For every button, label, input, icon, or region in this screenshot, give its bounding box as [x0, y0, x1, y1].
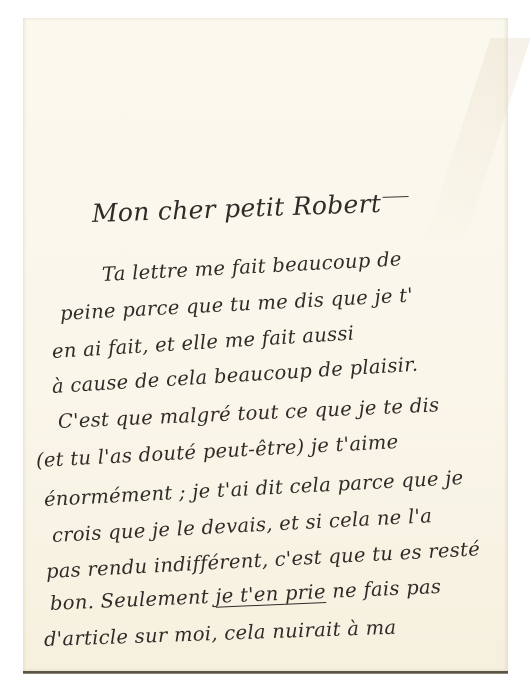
underlined-phrase: je t'en prie	[215, 580, 326, 608]
paper-fold-shading	[426, 38, 530, 238]
